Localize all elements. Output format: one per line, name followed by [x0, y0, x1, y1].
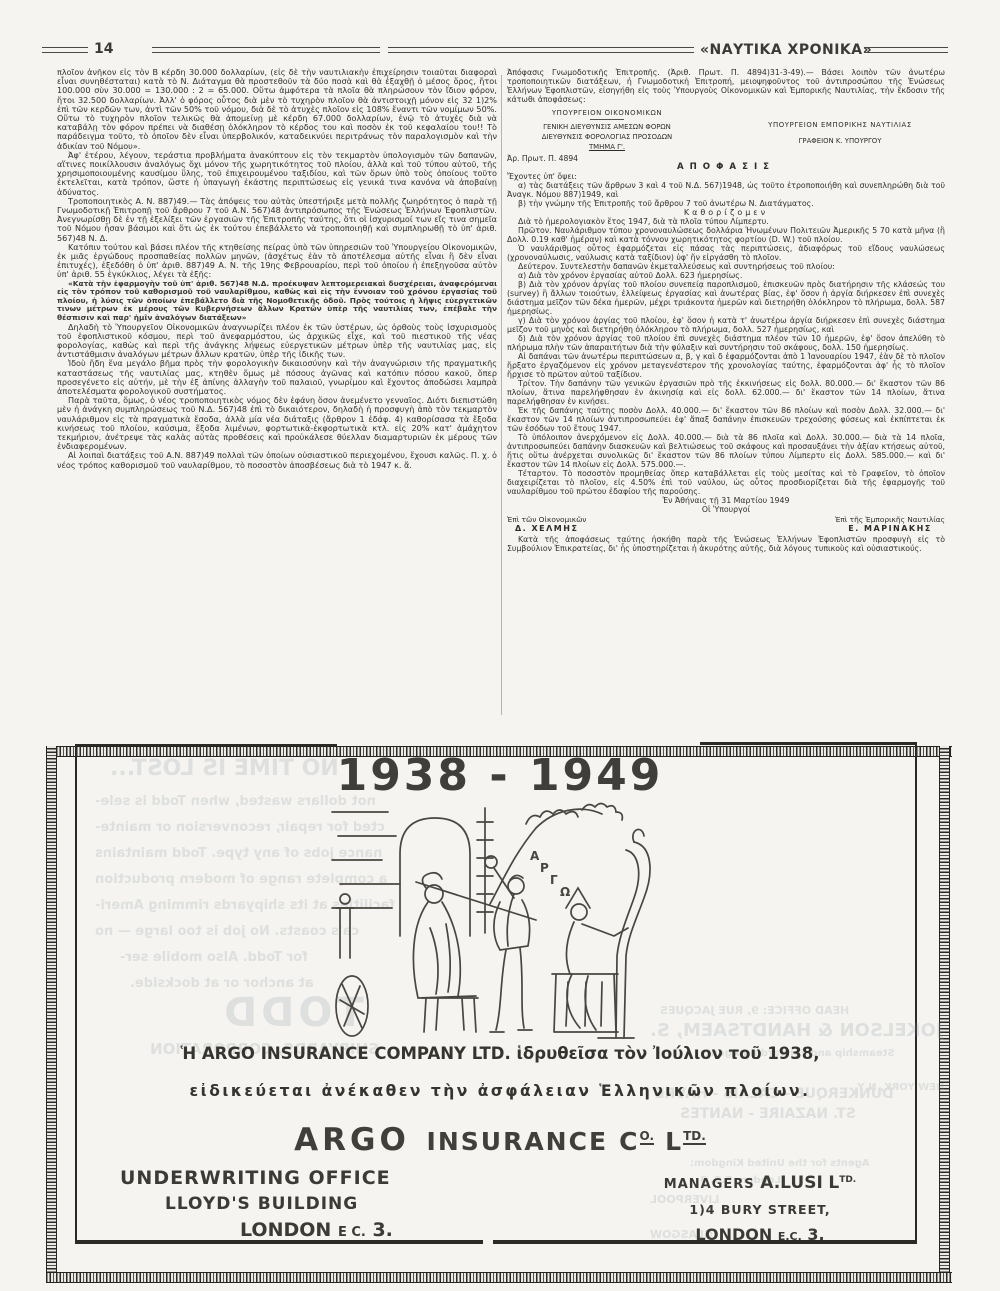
article-right-column: Ἀπόφασις Γνωμοδοτικῆς Ἐπιτροπῆς. (Ἀριθ. … — [507, 68, 945, 747]
signature-marine: Ἐπὶ τῆς Ἐμπορικῆς Ναυτιλίας Ε. ΜΑΡΙΝΑΚΗΣ — [835, 515, 945, 533]
ad-greek-line-1: Ἡ ARGO INSURANCE COMPANY LTD. ἱδρυθεῖσα … — [60, 1044, 940, 1063]
ad-frame-right — [915, 742, 917, 1244]
managers-ltd-sup: TD. — [839, 1175, 856, 1185]
filmstrip-border-bottom — [46, 1272, 952, 1283]
office-city: LONDON — [240, 1219, 331, 1241]
article-paragraph: Τροποποιητικὸς Α. Ν. 887)49.— Τὰς ἀπόψει… — [57, 197, 497, 243]
ministers-label: Οἱ Ὑπουργοί — [507, 505, 945, 514]
magazine-page: 14 «ΝΑΥΤΙΚΑ ΧΡΟΝΙΚΑ» πλοῖον ἀνῆκον εἰς τ… — [0, 0, 1000, 1291]
decision-body-paragraph: β) Διὰ τὸν χρόνον ἀργίας τοῦ πλοίου συνε… — [507, 280, 945, 316]
header-rule-mid2 — [388, 47, 694, 53]
decision-body-paragraph: Ὁ ναυλάριθμος οὗτος ἐφαρμόζεται εἰς πάσα… — [507, 244, 945, 262]
ghost-line: for Todd. Also mobile ser- — [120, 950, 308, 965]
decision-body-paragraph: δ) Διὰ τὸν χρόνον ἀργίας τοῦ πλοίου ἐπὶ … — [507, 334, 945, 352]
signature-role: Ἐπὶ τῶν Οἰκονομικῶν — [507, 515, 586, 524]
underwriting-office-block: UNDERWRITING OFFICE LLOYD'S BUILDING LON… — [120, 1165, 540, 1246]
letterhead-underline — [590, 119, 624, 120]
article-paragraph: πλοῖον ἀνῆκον εἰς τὸν Β κέρδη 30.000 δολ… — [57, 68, 497, 151]
managers-number: 3. — [807, 1225, 824, 1244]
brand-ltd-sup: TD. — [683, 1129, 706, 1145]
decision-item-a: α) τὰς διατάξεις τῶν ἄρθρων 3 καὶ 4 τοῦ … — [507, 181, 945, 199]
signatures-row: Ἐπὶ τῶν Οἰκονομικῶν Δ. ΧΕΛΜΗΣ Ἐπὶ τῆς Ἐμ… — [507, 515, 945, 533]
ad-years-heading: 1938 - 1949 — [0, 750, 1000, 801]
signature-role: Ἐπὶ τῆς Ἐμπορικῆς Ναυτιλίας — [835, 515, 945, 524]
office-ec: E C. — [338, 1225, 366, 1240]
argo-illustration-svg: Α Ρ Γ Ω — [330, 798, 670, 1066]
managers-street: 1)4 BURY STREET, — [610, 1197, 910, 1222]
ad-frame-top-left — [75, 744, 337, 746]
marine-office: ΓΡΑΦΕΙΟΝ Κ. ΥΠΟΥΡΓΟΥ — [735, 136, 945, 146]
column-divider-rule — [501, 75, 502, 715]
finance-direction-2: ΔΙΕΥΘΥΝΣΙΣ ΦΟΡΟΛΟΓΙΑΣ ΠΡΟΣΟΔΩΝ — [507, 132, 707, 142]
article-paragraph: Ἰδοὺ ἤδη ἕνα μεγάλο βῆμα πρὸς τὴν φορολο… — [57, 359, 497, 396]
decision-body-paragraph: γ) Διὰ τὸν χρόνον ἀργίας τοῦ πλοίου, ἐφ'… — [507, 316, 945, 334]
decision-body-paragraph: Διὰ τὸ ἡμερολογιακὸν ἔτος 1947, διὰ τὰ π… — [507, 217, 945, 226]
marine-ministry-block: ΥΠΟΥΡΓΕΙΟΝ ΕΜΠΟΡΙΚΗΣ ΝΑΥΤΙΛΙΑΣ ΓΡΑΦΕΙΟΝ … — [735, 108, 945, 152]
office-line-2: LLOYD'S BUILDING — [120, 1191, 540, 1217]
decision-body-paragraph: Τέταρτον. Τὸ ποσοστὸν προμηθείας ὅπερ κα… — [507, 469, 945, 496]
decision-heading: ΑΠΟΦΑΣΙΣ — [507, 163, 945, 172]
decision-body-paragraph: Τὸ ὑπόλοιπον ἀνερχόμενον εἰς Δολλ. 40.00… — [507, 433, 945, 469]
signature-name: Δ. ΧΕΛΜΗΣ — [507, 524, 586, 533]
filmstrip-border-right — [939, 746, 950, 1283]
marine-ministry-title: ΥΠΟΥΡΓΕΙΟΝ ΕΜΠΟΡΙΚΗΣ ΝΑΥΤΙΛΙΑΣ — [735, 120, 945, 130]
decision-intro: Ἀπόφασις Γνωμοδοτικῆς Ἐπιτροπῆς. (Ἀριθ. … — [507, 68, 945, 104]
managers-line-3: LONDON E.C. 3. — [610, 1222, 910, 1249]
decision-body-paragraph: α) Διὰ τὸν χρόνον ἐργασίας αὐτοῦ Δολλ. 6… — [507, 271, 945, 280]
office-line-3: LONDON E C. 3. — [120, 1217, 540, 1246]
finance-section: ΤΜΗΜΑ Γ'. — [507, 142, 707, 152]
ad-frame-left — [75, 744, 77, 1244]
office-number: 3. — [372, 1219, 392, 1241]
decision-item-b: β) τὴν γνώμην τῆς Ἐπιτροπῆς τοῦ ἄρθρου 7… — [507, 199, 945, 208]
article-paragraph: Δηλαδὴ τὸ Ὑπουργεῖον Οἰκονομικῶν ἀναγνωρ… — [57, 323, 497, 360]
decision-body-paragraph: Αἱ δαπάναι τῶν ἀνωτέρω περιπτώσεων α, β,… — [507, 352, 945, 379]
decision-body-paragraph: Τρίτον. Τὴν δαπάνην τῶν γενικῶν ἐργασιῶν… — [507, 379, 945, 406]
filmstrip-border-left — [46, 746, 57, 1283]
argo-label-letter: Γ — [550, 873, 558, 887]
ghost-line: ca's coasts. No job is too large — no — [95, 924, 359, 939]
finance-ministry-title: ΥΠΟΥΡΓΕΙΟΝ ΟΙΚΟΝΟΜΙΚΩΝ — [507, 108, 707, 118]
article-left-column: πλοῖον ἀνῆκον εἰς τὸν Β κέρδη 30.000 δολ… — [57, 68, 497, 747]
finance-ministry-block: ΥΠΟΥΡΓΕΙΟΝ ΟΙΚΟΝΟΜΙΚΩΝ ΓΕΝΙΚΗ ΔΙΕΥΘΥΝΣΙΣ… — [507, 108, 707, 152]
ghost-head-office: HEAD OFFICE: 9, RUE JACQUES — [660, 1004, 849, 1017]
ghost-firm: JOKELSON & HANDTSAEM, S. — [650, 1020, 943, 1041]
decision-body-paragraph: Ἐκ τῆς δαπάνης ταύτης ποσὸν Δολλ. 40.000… — [507, 406, 945, 433]
managers-block: MANAGERS A.LUSI LTD. 1)4 BURY STREET, LO… — [610, 1168, 910, 1249]
argo-ship-building-illustration: Α Ρ Γ Ω — [330, 798, 670, 1066]
article-paragraph: Αἱ λοιπαὶ διατάξεις τοῦ Α.Ν. 887)49 πολλ… — [57, 451, 497, 469]
managers-ec: E.C. — [778, 1230, 802, 1243]
article-paragraph: Ἀφ' ἑτέρου, λέγουν, τεράστια προβλήματα … — [57, 151, 497, 197]
header-rule-right — [864, 47, 948, 53]
managers-line-1: MANAGERS A.LUSI LTD. — [610, 1168, 910, 1197]
finance-direction-1: ΓΕΝΙΚΗ ΔΙΕΥΘΥΝΣΙΣ ΑΜΕΣΩΝ ΦΟΡΩΝ — [507, 122, 707, 132]
brand-co: C — [619, 1127, 639, 1156]
header-rule-left — [42, 47, 88, 53]
ministry-letterhead: ΥΠΟΥΡΓΕΙΟΝ ΟΙΚΟΝΟΜΙΚΩΝ ΓΕΝΙΚΗ ΔΙΕΥΘΥΝΣΙΣ… — [507, 108, 945, 152]
managers-city: LONDON — [695, 1225, 772, 1244]
signature-finance: Ἐπὶ τῶν Οἰκονομικῶν Δ. ΧΕΛΜΗΣ — [507, 515, 586, 533]
ad-greek-line-2: εἰδικεύεται ἀνέκαθεν τὴν ἀσφάλειαν Ἑλλην… — [60, 1082, 940, 1100]
decision-date-place: Ἐν Ἀθήναις τῇ 31 Μαρτίου 1949 — [507, 496, 945, 505]
article-paragraph: Παρὰ ταῦτα, ὅμως, ὁ νέος τροποποιητικὸς … — [57, 396, 497, 451]
header-rule-mid1 — [152, 47, 380, 53]
managers-ltd: L — [828, 1173, 839, 1193]
brand-argo: ARGO — [294, 1122, 410, 1158]
signature-name: Ε. ΜΑΡΙΝΑΚΗΣ — [835, 524, 945, 533]
brand-insurance: INSURANCE — [427, 1127, 608, 1156]
we-determine-heading: Καθορίζομεν — [507, 208, 945, 217]
decision-body-paragraph: Δεύτερον. Συντελεστὴν δαπανῶν ἐκμεταλλεύ… — [507, 262, 945, 271]
article-paragraph: Κατόπιν τούτου καὶ βάσει πλέον τῆς κτηθε… — [57, 243, 497, 280]
ghost-ports2: ST. NAZAIRE - NANTES — [680, 1106, 856, 1122]
argo-label-letter: Ω — [560, 885, 570, 899]
decision-body-paragraph: Πρῶτον. Ναυλάριθμον τύπου χρονοναυλώσεως… — [507, 226, 945, 244]
managers-label: MANAGERS — [664, 1177, 755, 1192]
ad-brand-line: ARGO INSURANCE CO. LTD. — [60, 1122, 940, 1158]
office-line-1: UNDERWRITING OFFICE — [120, 1165, 540, 1191]
argo-label-letter: Ρ — [540, 861, 549, 875]
brand-ltd: L — [665, 1127, 683, 1156]
brand-co-sup: O. — [640, 1129, 655, 1145]
argo-label-letter: Α — [530, 849, 540, 863]
masthead-title: «ΝΑΥΤΙΚΑ ΧΡΟΝΙΚΑ» — [700, 42, 872, 58]
page-number: 14 — [94, 41, 113, 57]
ad-frame-top-right — [700, 742, 917, 745]
article-quote-paragraph: «Κατὰ τὴν ἐφαρμογὴν τοῦ ὑπ' ἀριθ. 567)48… — [57, 280, 497, 323]
ghost-line: at anchor or at dockside. — [130, 976, 314, 991]
managers-name: A.LUSI — [760, 1173, 823, 1193]
closing-paragraph: Κατὰ τῆς ἀποφάσεως ταύτης ἠσκήθη παρὰ τῆ… — [507, 535, 945, 553]
having-regard-line: Ἔχοντες ὑπ' ὄψει: — [507, 172, 945, 181]
